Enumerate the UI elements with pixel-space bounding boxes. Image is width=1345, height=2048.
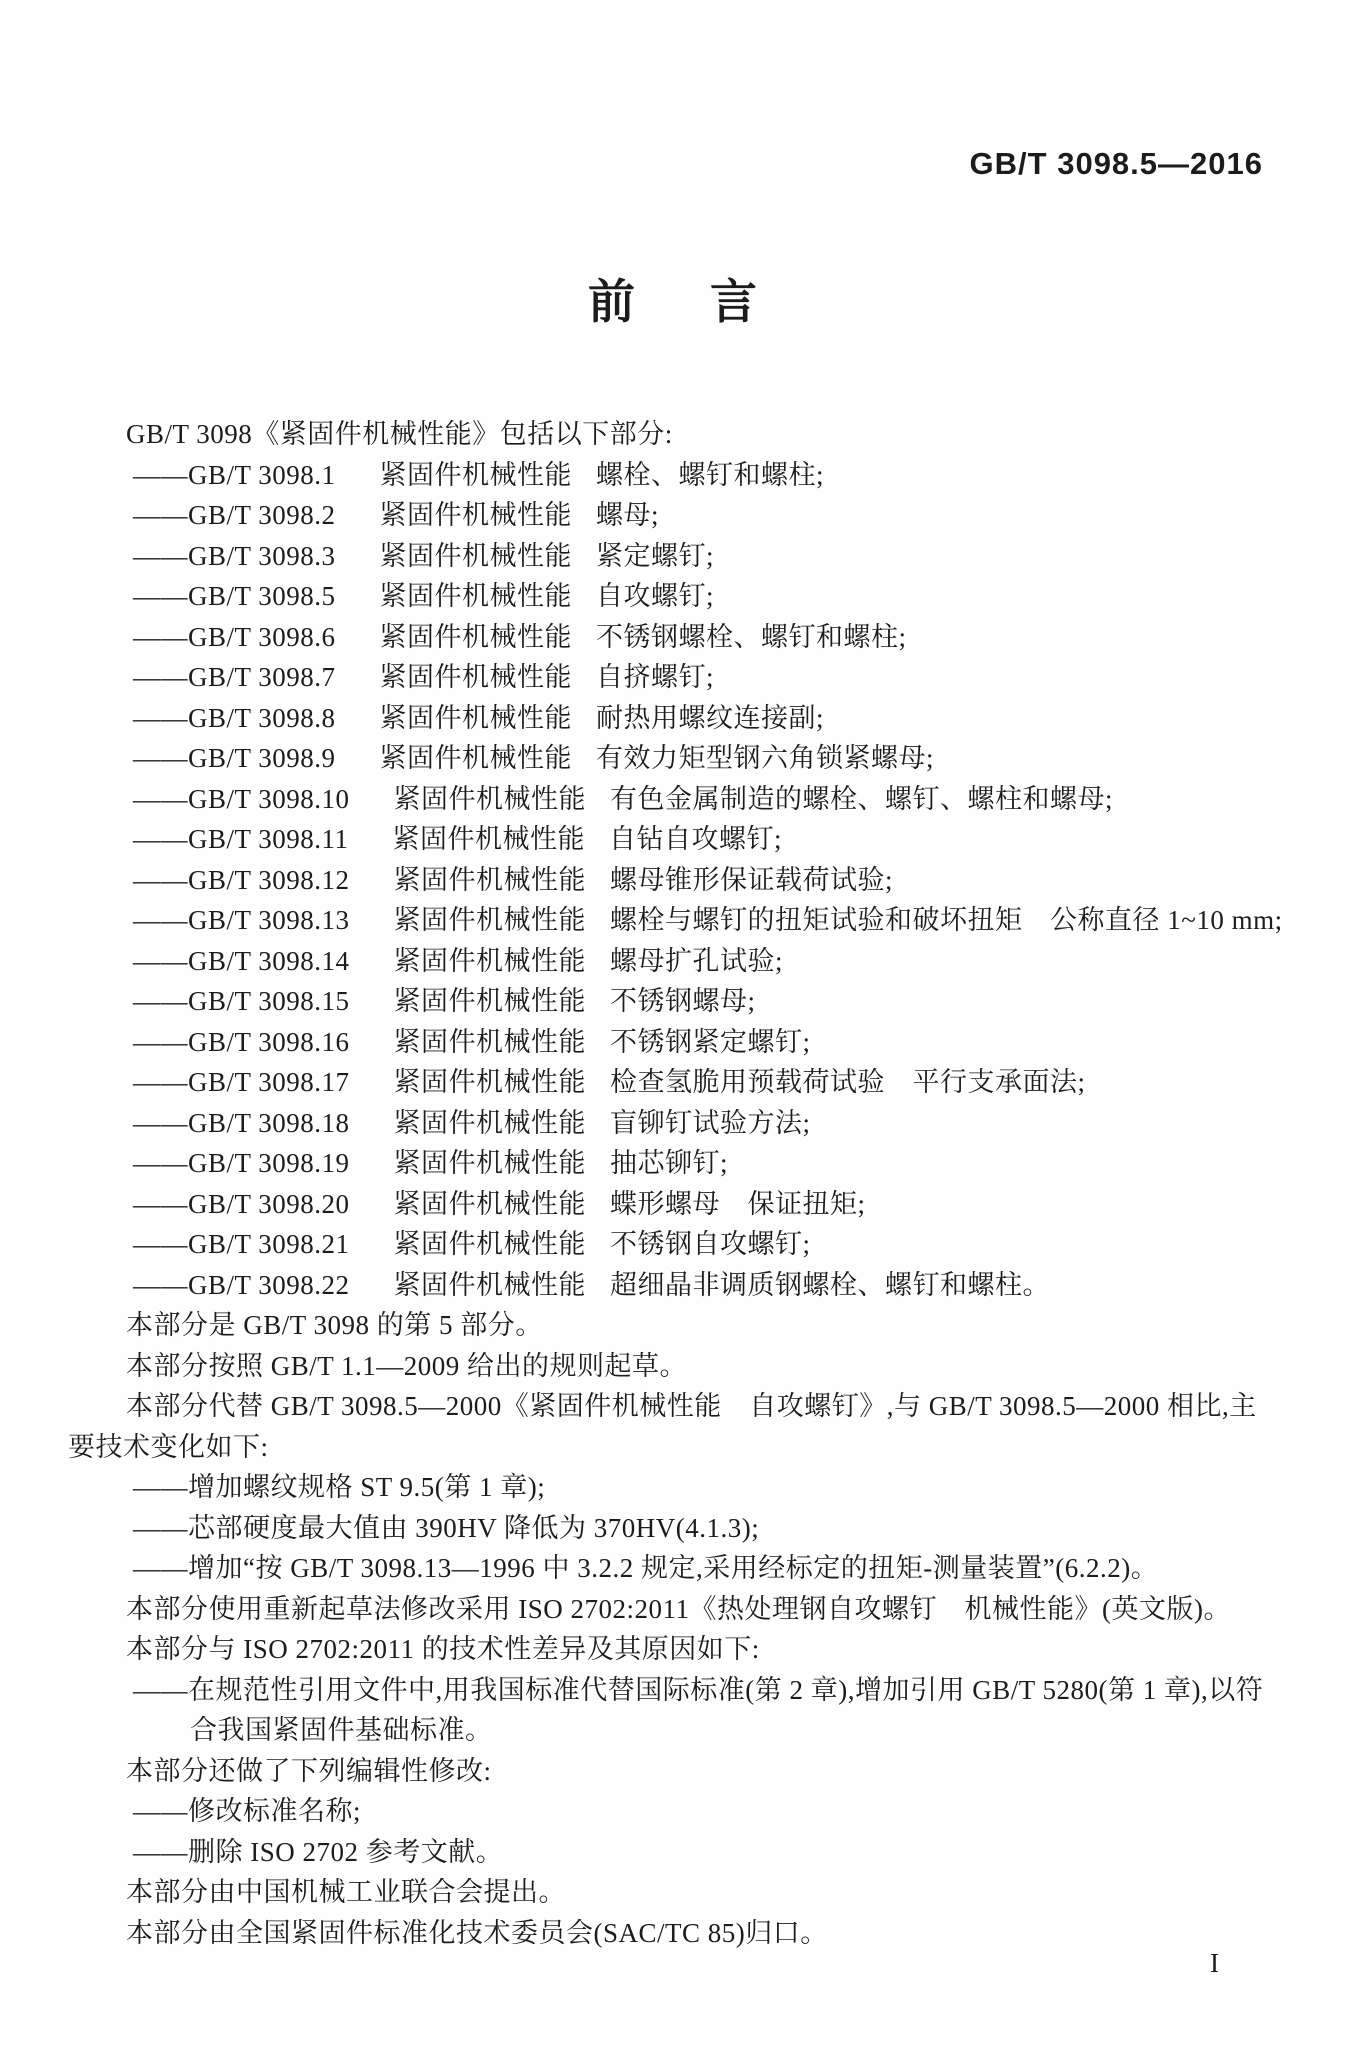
paragraph-dash-item: ——在规范性引用文件中,用我国标准代替国际标准(第 2 章),增加引用 GB/T… (68, 1670, 1282, 1751)
parts-list: ——GB/T 3098.1紧固件机械性能螺栓、螺钉和螺柱; ——GB/T 309… (68, 455, 1282, 1306)
paragraph-dash-item: ——修改标准名称; (68, 1791, 1282, 1832)
part-series-label: 紧固件机械性能 (394, 905, 587, 935)
dash-marker: —— (133, 1067, 188, 1097)
part-title: 紧定螺钉; (596, 541, 714, 571)
part-series-label: 紧固件机械性能 (394, 986, 587, 1016)
part-number: GB/T 3098.9 (188, 743, 336, 773)
paragraph-dash-item: ——增加螺纹规格 ST 9.5(第 1 章); (68, 1467, 1282, 1508)
part-number: GB/T 3098.18 (188, 1108, 350, 1138)
dash-marker: —— (133, 1189, 188, 1219)
part-series-label: 紧固件机械性能 (380, 460, 573, 490)
dash-marker: —— (133, 824, 188, 854)
dash-marker: —— (133, 1513, 188, 1543)
part-series-label: 紧固件机械性能 (380, 743, 573, 773)
document-page: GB/T 3098.5—2016 前言 GB/T 3098《紧固件机械性能》包括… (0, 0, 1345, 2048)
dash-marker: —— (133, 622, 188, 652)
list-item: ——GB/T 3098.16紧固件机械性能不锈钢紧定螺钉; (133, 1022, 1282, 1063)
list-item: ——GB/T 3098.10紧固件机械性能有色金属制造的螺栓、螺钉、螺柱和螺母; (133, 779, 1282, 820)
dash-marker: —— (133, 541, 188, 571)
part-number: GB/T 3098.21 (188, 1229, 350, 1259)
dash-marker: —— (133, 946, 188, 976)
part-title: 自挤螺钉; (596, 662, 714, 692)
paragraph-text: 芯部硬度最大值由 390HV 降低为 370HV(4.1.3); (188, 1513, 759, 1543)
list-item: ——GB/T 3098.14紧固件机械性能螺母扩孔试验; (133, 941, 1282, 982)
part-number: GB/T 3098.15 (188, 986, 350, 1016)
part-series-label: 紧固件机械性能 (394, 784, 587, 814)
part-title: 有效力矩型钢六角锁紧螺母; (596, 743, 934, 773)
dash-marker: —— (133, 1229, 188, 1259)
standard-number: GB/T 3098.5—2016 (970, 146, 1263, 182)
paragraph: 本部分按照 GB/T 1.1—2009 给出的规则起草。 (68, 1346, 1282, 1387)
page-number: I (1210, 1948, 1219, 1979)
list-item: ——GB/T 3098.7紧固件机械性能自挤螺钉; (133, 657, 1282, 698)
part-series-label: 紧固件机械性能 (394, 1067, 587, 1097)
list-item: ——GB/T 3098.18紧固件机械性能盲铆钉试验方法; (133, 1103, 1282, 1144)
part-series-label: 紧固件机械性能 (380, 581, 573, 611)
part-title: 自攻螺钉; (596, 581, 714, 611)
paragraph: 本部分还做了下列编辑性修改: (68, 1751, 1282, 1792)
dash-marker: —— (133, 1148, 188, 1178)
dash-marker: —— (133, 865, 188, 895)
foreword-title: 前言 (0, 278, 1345, 325)
dash-marker: —— (133, 703, 188, 733)
list-item: ——GB/T 3098.12紧固件机械性能螺母锥形保证载荷试验; (133, 860, 1282, 901)
part-series-label: 紧固件机械性能 (380, 500, 573, 530)
part-title: 不锈钢螺母; (610, 986, 756, 1016)
paragraph-text: 增加螺纹规格 ST 9.5(第 1 章); (188, 1472, 545, 1502)
part-number: GB/T 3098.14 (188, 946, 350, 976)
paragraph-dash-item: ——删除 ISO 2702 参考文献。 (68, 1832, 1282, 1873)
dash-marker: —— (133, 986, 188, 1016)
part-series-label: 紧固件机械性能 (394, 1108, 587, 1138)
dash-marker: —— (133, 460, 188, 490)
part-number: GB/T 3098.12 (188, 865, 350, 895)
dash-marker: —— (133, 1796, 188, 1826)
part-series-label: 紧固件机械性能 (380, 622, 573, 652)
part-number: GB/T 3098.17 (188, 1067, 350, 1097)
part-series-label: 紧固件机械性能 (394, 1189, 587, 1219)
list-item: ——GB/T 3098.1紧固件机械性能螺栓、螺钉和螺柱; (133, 455, 1282, 496)
part-number: GB/T 3098.1 (188, 460, 336, 490)
paragraph: 本部分是 GB/T 3098 的第 5 部分。 (68, 1305, 1282, 1346)
part-number: GB/T 3098.5 (188, 581, 336, 611)
dash-marker: —— (133, 662, 188, 692)
list-item: ——GB/T 3098.15紧固件机械性能不锈钢螺母; (133, 981, 1282, 1022)
list-item: ——GB/T 3098.21紧固件机械性能不锈钢自攻螺钉; (133, 1224, 1282, 1265)
list-item: ——GB/T 3098.5紧固件机械性能自攻螺钉; (133, 576, 1282, 617)
paragraph-dash-item: ——芯部硬度最大值由 390HV 降低为 370HV(4.1.3); (68, 1508, 1282, 1549)
part-title: 螺母扩孔试验; (610, 946, 783, 976)
foreword-body: GB/T 3098《紧固件机械性能》包括以下部分: ——GB/T 3098.1紧… (68, 414, 1282, 1953)
part-title: 不锈钢紧定螺钉; (610, 1027, 811, 1057)
part-title: 螺栓与螺钉的扭矩试验和破坏扭矩 公称直径 1~10 mm; (610, 905, 1283, 935)
dash-marker: —— (133, 1108, 188, 1138)
list-item: ——GB/T 3098.22紧固件机械性能超细晶非调质钢螺栓、螺钉和螺柱。 (133, 1265, 1282, 1306)
part-series-label: 紧固件机械性能 (394, 1148, 587, 1178)
part-number: GB/T 3098.2 (188, 500, 336, 530)
list-item: ——GB/T 3098.20紧固件机械性能蝶形螺母 保证扭矩; (133, 1184, 1282, 1225)
dash-marker: —— (133, 905, 188, 935)
part-number: GB/T 3098.22 (188, 1270, 350, 1300)
part-title: 螺母; (596, 500, 659, 530)
part-number: GB/T 3098.11 (188, 824, 349, 854)
dash-marker: —— (133, 784, 188, 814)
list-item: ——GB/T 3098.6紧固件机械性能不锈钢螺栓、螺钉和螺柱; (133, 617, 1282, 658)
paragraph-text: 删除 ISO 2702 参考文献。 (188, 1837, 503, 1867)
dash-marker: —— (133, 1837, 188, 1867)
list-item: ——GB/T 3098.8紧固件机械性能耐热用螺纹连接副; (133, 698, 1282, 739)
dash-marker: —— (133, 1472, 188, 1502)
list-item: ——GB/T 3098.13紧固件机械性能螺栓与螺钉的扭矩试验和破坏扭矩 公称直… (133, 900, 1282, 941)
list-item: ——GB/T 3098.9紧固件机械性能有效力矩型钢六角锁紧螺母; (133, 738, 1282, 779)
part-series-label: 紧固件机械性能 (394, 1229, 587, 1259)
part-series-label: 紧固件机械性能 (394, 1270, 587, 1300)
foreword-intro: GB/T 3098《紧固件机械性能》包括以下部分: (68, 414, 1282, 455)
part-title: 螺栓、螺钉和螺柱; (596, 460, 824, 490)
part-number: GB/T 3098.8 (188, 703, 336, 733)
part-number: GB/T 3098.19 (188, 1148, 350, 1178)
paragraph-text: 增加“按 GB/T 3098.13—1996 中 3.2.2 规定,采用经标定的… (188, 1553, 1158, 1583)
part-number: GB/T 3098.7 (188, 662, 336, 692)
paragraph-text: 在规范性引用文件中,用我国标准代替国际标准(第 2 章),增加引用 GB/T 5… (188, 1675, 1263, 1746)
list-item: ——GB/T 3098.11紧固件机械性能自钻自攻螺钉; (133, 819, 1282, 860)
part-title: 螺母锥形保证载荷试验; (610, 865, 893, 895)
part-series-label: 紧固件机械性能 (394, 1027, 587, 1057)
dash-marker: —— (133, 1553, 188, 1583)
paragraph: 本部分与 ISO 2702:2011 的技术性差异及其原因如下: (68, 1629, 1282, 1670)
dash-marker: —— (133, 500, 188, 530)
paragraph-dash-item: ——增加“按 GB/T 3098.13—1996 中 3.2.2 规定,采用经标… (68, 1548, 1282, 1589)
paragraph: 本部分代替 GB/T 3098.5—2000《紧固件机械性能 自攻螺钉》,与 G… (68, 1386, 1282, 1467)
part-title: 抽芯铆钉; (610, 1148, 728, 1178)
list-item: ——GB/T 3098.17紧固件机械性能检查氢脆用预载荷试验 平行支承面法; (133, 1062, 1282, 1103)
part-series-label: 紧固件机械性能 (393, 824, 586, 854)
part-title: 有色金属制造的螺栓、螺钉、螺柱和螺母; (610, 784, 1113, 814)
part-title: 自钻自攻螺钉; (609, 824, 782, 854)
part-number: GB/T 3098.10 (188, 784, 350, 814)
list-item: ——GB/T 3098.19紧固件机械性能抽芯铆钉; (133, 1143, 1282, 1184)
part-number: GB/T 3098.13 (188, 905, 350, 935)
part-series-label: 紧固件机械性能 (380, 662, 573, 692)
part-title: 检查氢脆用预载荷试验 平行支承面法; (610, 1067, 1086, 1097)
part-number: GB/T 3098.16 (188, 1027, 350, 1057)
part-title: 盲铆钉试验方法; (610, 1108, 811, 1138)
part-number: GB/T 3098.6 (188, 622, 336, 652)
part-title: 蝶形螺母 保证扭矩; (610, 1189, 866, 1219)
dash-marker: —— (133, 1270, 188, 1300)
part-series-label: 紧固件机械性能 (394, 865, 587, 895)
part-number: GB/T 3098.3 (188, 541, 336, 571)
part-series-label: 紧固件机械性能 (380, 703, 573, 733)
dash-marker: —— (133, 1675, 188, 1705)
part-title: 不锈钢自攻螺钉; (610, 1229, 811, 1259)
paragraph: 本部分由全国紧固件标准化技术委员会(SAC/TC 85)归口。 (68, 1913, 1282, 1954)
part-series-label: 紧固件机械性能 (380, 541, 573, 571)
part-title: 耐热用螺纹连接副; (596, 703, 824, 733)
paragraph: 本部分使用重新起草法修改采用 ISO 2702:2011《热处理钢自攻螺钉 机械… (68, 1589, 1282, 1630)
dash-marker: —— (133, 743, 188, 773)
paragraph: 本部分由中国机械工业联合会提出。 (68, 1872, 1282, 1913)
paragraph-text: 修改标准名称; (188, 1796, 361, 1826)
list-item: ——GB/T 3098.3紧固件机械性能紧定螺钉; (133, 536, 1282, 577)
dash-marker: —— (133, 581, 188, 611)
part-title: 超细晶非调质钢螺栓、螺钉和螺柱。 (610, 1270, 1050, 1300)
dash-marker: —— (133, 1027, 188, 1057)
part-number: GB/T 3098.20 (188, 1189, 350, 1219)
part-title: 不锈钢螺栓、螺钉和螺柱; (596, 622, 907, 652)
list-item: ——GB/T 3098.2紧固件机械性能螺母; (133, 495, 1282, 536)
part-series-label: 紧固件机械性能 (394, 946, 587, 976)
